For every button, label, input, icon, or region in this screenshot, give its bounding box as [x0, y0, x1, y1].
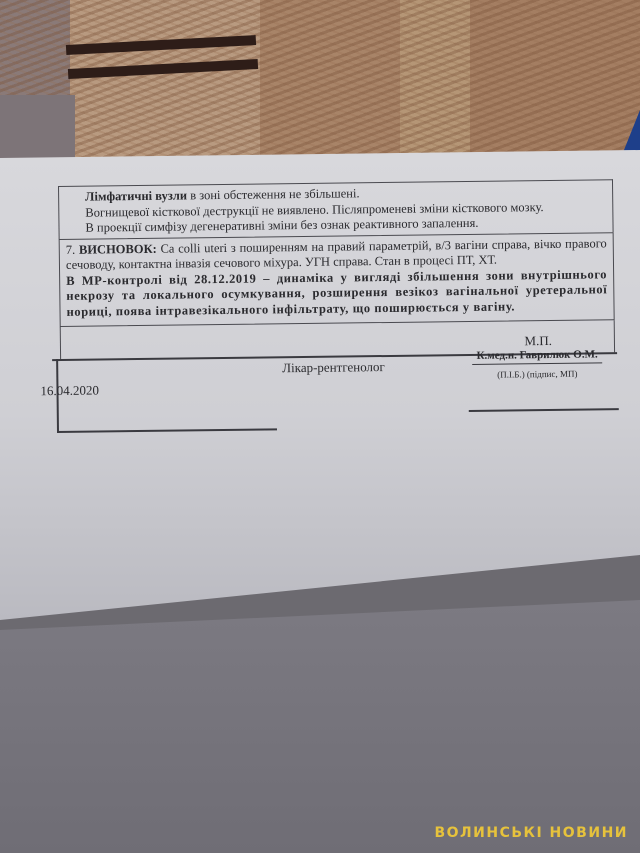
signature-caption: (П.І.Б.) (підпис, МП)	[472, 368, 602, 380]
stamp-label: М.П.	[524, 333, 552, 349]
paper-fold	[0, 600, 640, 853]
conclusion-label: ВИСНОВОК:	[79, 241, 157, 256]
conclusion-section: 7. ВИСНОВОК: Ca colli uteri з поширенням…	[59, 232, 615, 327]
medical-report: Лімфатичні вузли в зоні обстеження не зб…	[58, 179, 616, 434]
conclusion-mri-text: В МР-контролі від 28.12.2019 – динаміка …	[66, 267, 608, 320]
carpet-stripe	[68, 59, 258, 79]
carpet-patch	[0, 95, 75, 160]
doctor-role: Лікар-рентгенолог	[282, 359, 385, 376]
doctor-name: К.мед.н. Гаврилюк О.М.	[472, 348, 602, 365]
findings-section: Лімфатичні вузли в зоні обстеження не зб…	[58, 179, 614, 238]
carpet-background	[0, 0, 640, 160]
signature-line	[469, 408, 619, 412]
conclusion-number: 7.	[66, 242, 76, 256]
report-date: 16.04.2020	[40, 383, 99, 400]
watermark-logo: ВОЛИНСЬКІ НОВИНИ	[434, 825, 628, 841]
signature-area: 16.04.2020 Лікар-рентгенолог К.мед.н. Га…	[60, 352, 616, 434]
carpet-stripe	[66, 35, 256, 55]
